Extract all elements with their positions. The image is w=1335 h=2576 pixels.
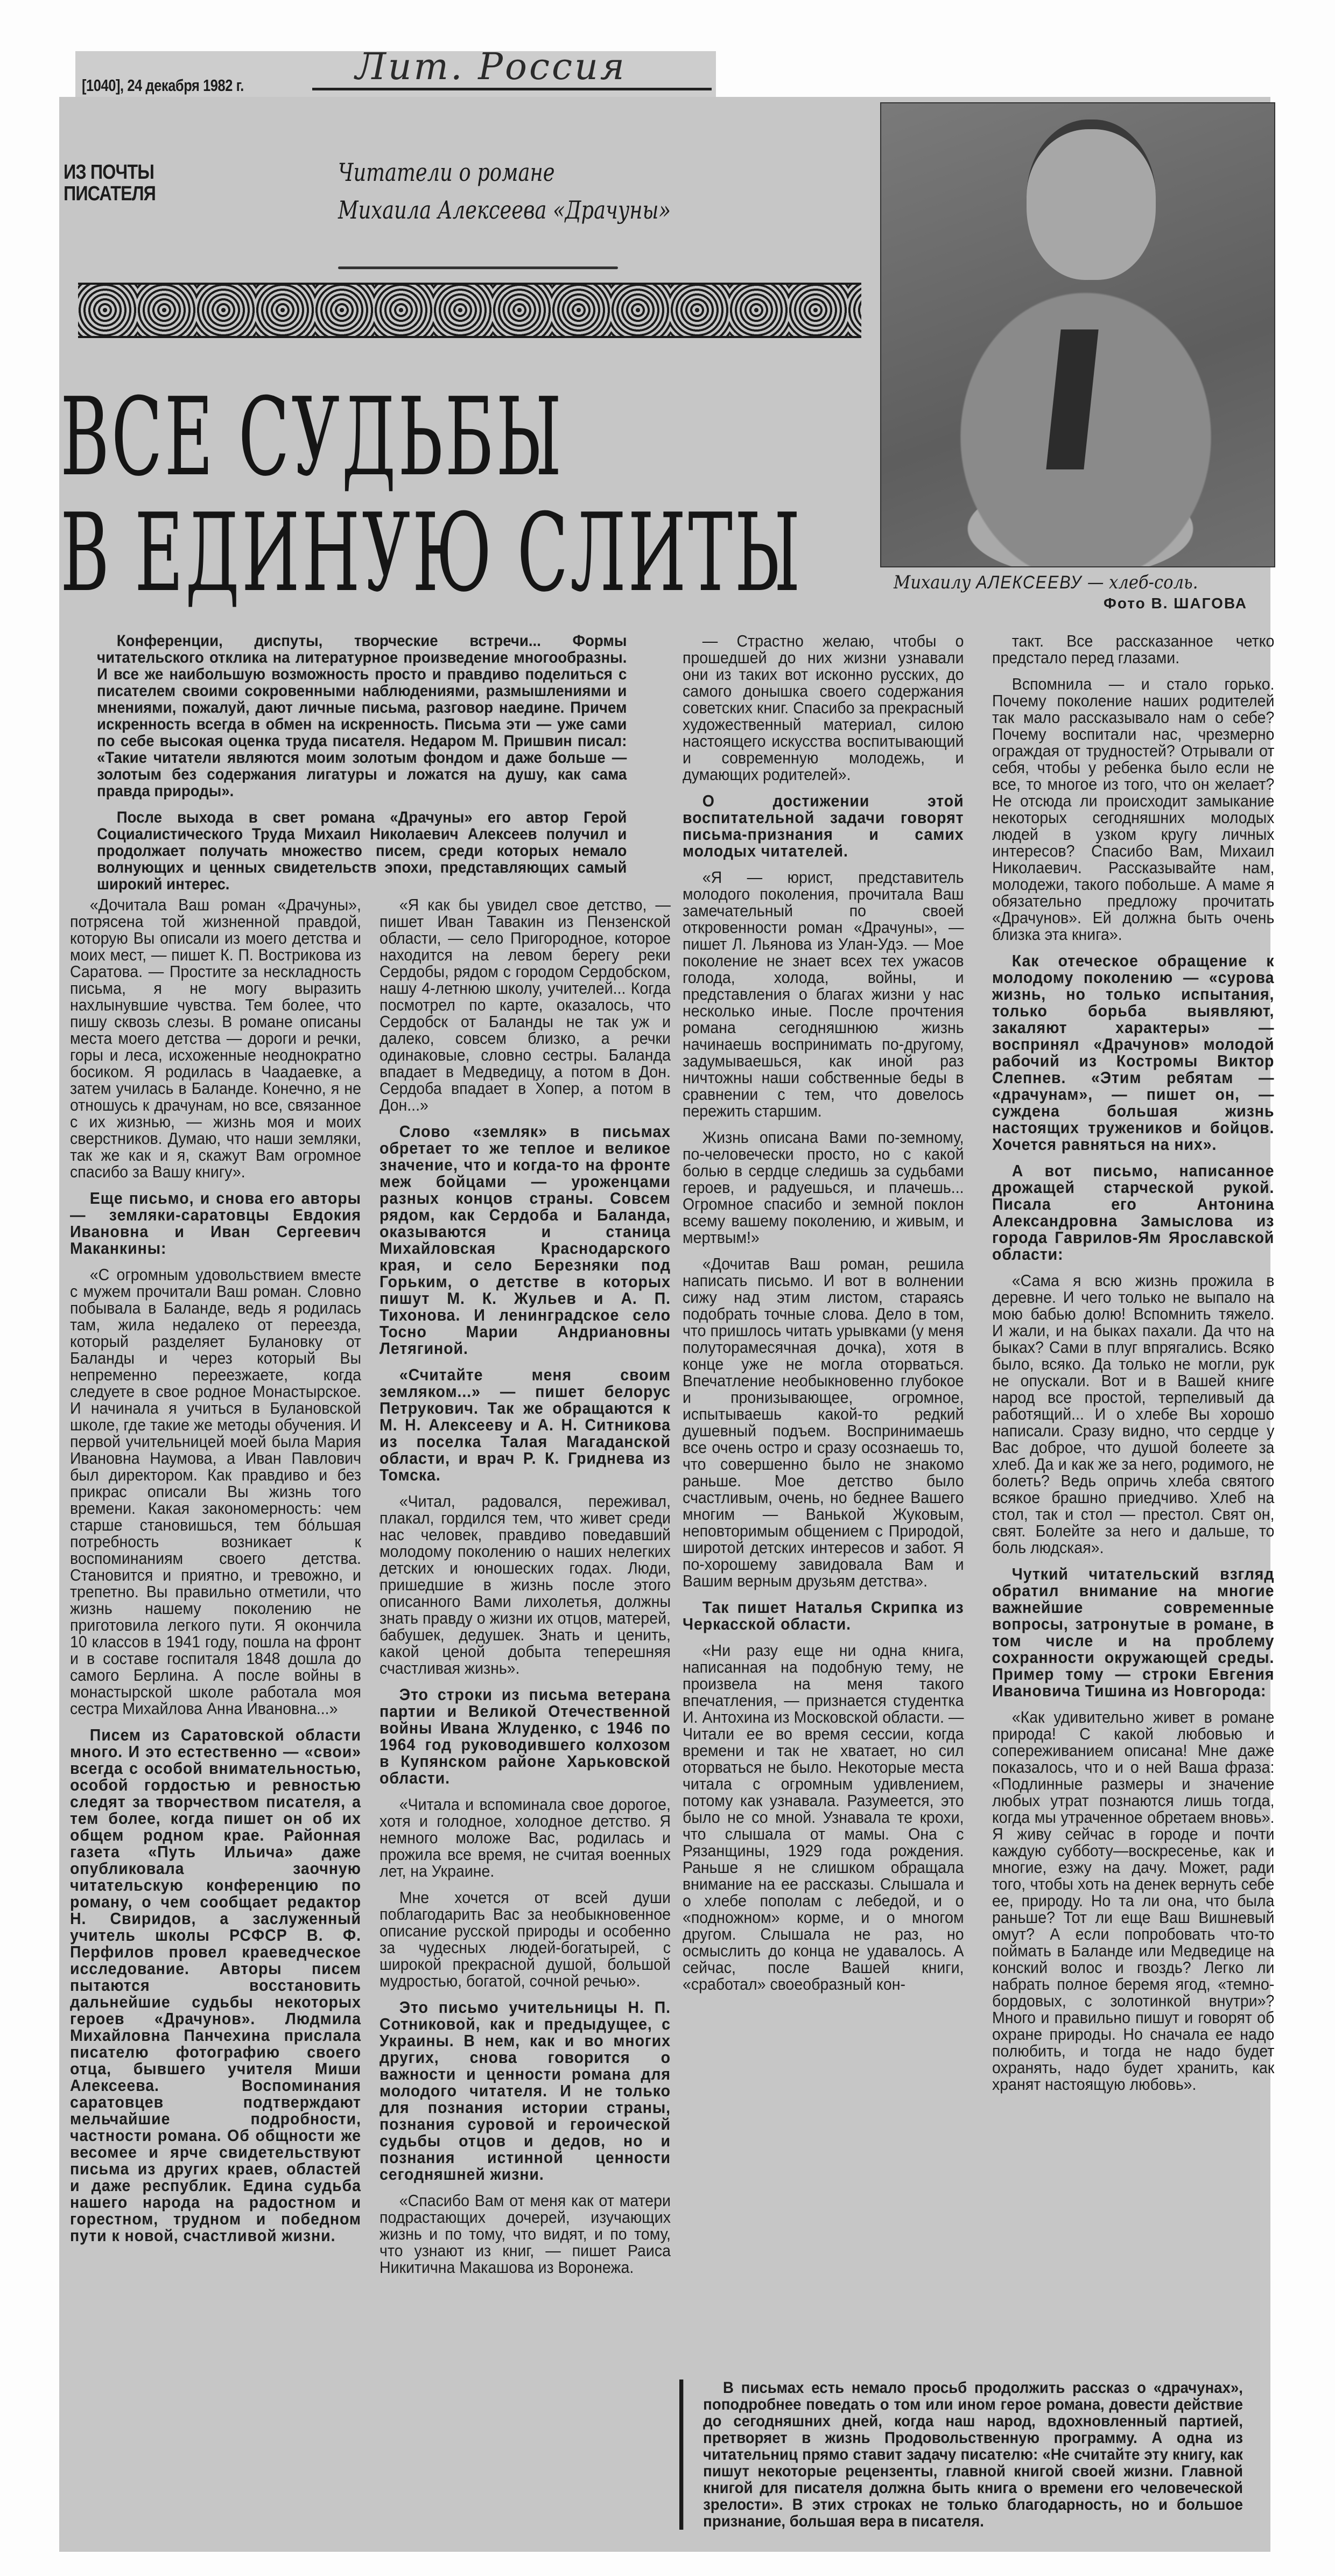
- editorial-paragraph: О достижении этой воспитательной задачи …: [683, 792, 964, 859]
- letter-quote-paragraph: «Я — юрист, представитель молодого покол…: [683, 869, 964, 1119]
- letter-quote-paragraph: «Спасибо Вам от меня как от матери подра…: [380, 2192, 671, 2276]
- letter-quote-paragraph: «Дочитав Ваш роман, решила написать пись…: [683, 1255, 964, 1589]
- rubric-line-1: ИЗ ПОЧТЫ: [64, 162, 156, 183]
- editorial-paragraph: Так пишет Наталья Скрипка из Черкасской …: [683, 1599, 964, 1632]
- editorial-paragraph: Это строки из письма ветерана партии и В…: [380, 1686, 671, 1786]
- author-photo: [880, 102, 1275, 567]
- column-3: — Страстно желаю, чтобы о прошедшей до н…: [683, 633, 964, 2002]
- masthead-strip: [1040], 24 декабря 1982 г. Лит. Россия: [75, 51, 716, 100]
- caption-suffix: — хлеб-соль.: [1087, 572, 1198, 593]
- letter-quote-paragraph: «С огромным удовольствием вместе с мужем…: [70, 1266, 361, 1717]
- lead-paragraph: Конференции, диспуты, творческие встречи…: [97, 633, 627, 799]
- headline-line-1: ВСЕ СУДЬБЫ: [60, 380, 802, 495]
- subtitle-line-2: Михаила Алексеева «Драчуны»: [338, 191, 671, 229]
- article-subtitle: Читатели о романе Михаила Алексеева «Дра…: [338, 153, 671, 229]
- letter-quote-paragraph: «Читала и вспоминала свое дорогое, хотя …: [380, 1796, 671, 1879]
- lead-paragraphs: Конференции, диспуты, творческие встречи…: [97, 633, 627, 902]
- letter-quote-paragraph: Вспомнила — и стало горько. Почему покол…: [992, 676, 1274, 943]
- editorial-paragraph: Слово «земляк» в письмах обретает то же …: [380, 1123, 671, 1357]
- caption-prefix: Михаилу: [894, 572, 971, 593]
- column-2: «Я как бы увидел свое детство, — пишет И…: [380, 896, 671, 2285]
- letter-quote-paragraph: «Сама я всю жизнь прожила в деревне. И ч…: [992, 1272, 1274, 1556]
- letter-quote-paragraph: такт. Все рассказанное четко предстало п…: [992, 633, 1274, 666]
- editorial-paragraph: Чуткий читательский взгляд обратил внима…: [992, 1566, 1274, 1699]
- caption-name: АЛЕКСЕЕВУ: [976, 572, 1082, 593]
- letter-quote-paragraph: — Страстно желаю, чтобы о прошедшей до н…: [683, 633, 964, 783]
- subtitle-line-1: Читатели о романе: [338, 153, 671, 191]
- letter-quote-paragraph: Мне хочется от всей души поблагодарить В…: [380, 1889, 671, 1989]
- floral-ornament-border: [78, 283, 861, 338]
- photo-head-shape: [1027, 120, 1156, 280]
- photo-tie-shape: [1046, 329, 1098, 469]
- letter-quote-paragraph: «Я как бы увидел свое детство, — пишет И…: [380, 896, 671, 1113]
- headline-line-2: В ЕДИНУЮ СЛИТЫ: [60, 495, 802, 611]
- photo-caption: Михаилу АЛЕКСЕЕВУ — хлеб-соль.: [894, 572, 1198, 593]
- closing-text: В письмах есть немало просьб продолжить …: [703, 2380, 1243, 2530]
- editorial-paragraph: Это письмо учительницы Н. П. Сотниковой,…: [380, 1999, 671, 2182]
- closing-boxed-paragraph: В письмах есть немало просьб продолжить …: [679, 2380, 1243, 2530]
- editorial-paragraph: Как отеческое обращение к молодому покол…: [992, 952, 1274, 1153]
- letter-quote-paragraph: «Ни разу еще ни одна книга, написанная н…: [683, 1642, 964, 1992]
- lead-paragraph: После выхода в свет романа «Драчуны» его…: [97, 809, 627, 893]
- editorial-paragraph: «Считайте меня своим земляком...» — пише…: [380, 1366, 671, 1483]
- headline: ВСЕ СУДЬБЫ В ЕДИНУЮ СЛИТЫ: [60, 380, 802, 611]
- editorial-paragraph: Еще письмо, и снова его авторы — земляки…: [70, 1190, 361, 1257]
- rubric: ИЗ ПОЧТЫ ПИСАТЕЛЯ: [64, 162, 156, 205]
- letter-quote-paragraph: «Читал, радовался, переживал, плакал, го…: [380, 1493, 671, 1676]
- subtitle-rule: [338, 266, 618, 269]
- editorial-paragraph: А вот письмо, написанное дрожащей старче…: [992, 1162, 1274, 1262]
- column-4: такт. Все рассказанное четко предстало п…: [992, 633, 1274, 2102]
- letter-quote-paragraph: Жизнь описана Вами по-земному, по-челове…: [683, 1129, 964, 1246]
- column-1: «Дочитала Ваш роман «Драчуны», потрясена…: [70, 896, 361, 2254]
- editorial-paragraph: Писем из Саратовской области много. И эт…: [70, 1726, 361, 2244]
- handwritten-source-note: Лит. Россия: [355, 46, 627, 88]
- issue-date-line: [1040], 24 декабря 1982 г.: [82, 76, 244, 95]
- rubric-line-2: ПИСАТЕЛЯ: [64, 183, 156, 205]
- letter-quote-paragraph: «Дочитала Ваш роман «Драчуны», потрясена…: [70, 896, 361, 1180]
- letter-quote-paragraph: «Как удивительно живет в романе природа!…: [992, 1709, 1274, 2093]
- photo-credit: Фото В. ШАГОВА: [1104, 595, 1247, 612]
